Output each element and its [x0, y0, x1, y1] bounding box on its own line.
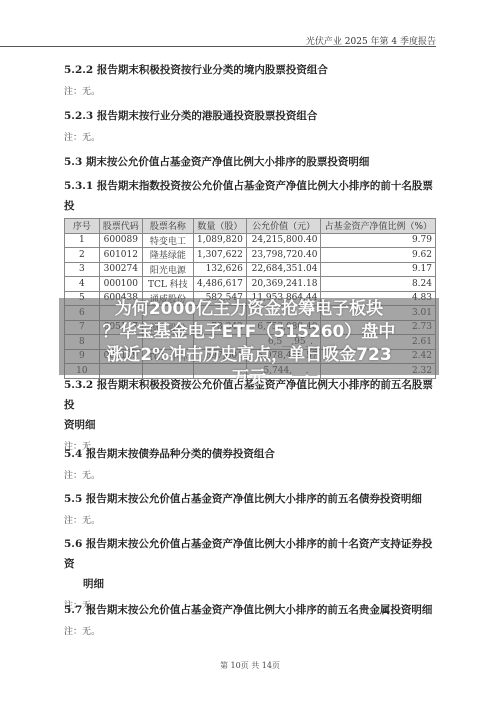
cell-name: 特变电工 — [142, 233, 193, 248]
cell-rank: 3 — [65, 262, 100, 277]
cell-code: 601012 — [99, 248, 142, 263]
headline-line-4: 万元 — [59, 367, 439, 390]
cell-nav-ratio: 9.17 — [321, 262, 436, 277]
cell-rank: 2 — [65, 248, 100, 263]
table-header-row: 序号 股票代码 股票名称 数量（股） 公允价值（元） 占基金资产净值比例（%） — [65, 219, 436, 234]
col-header-code: 股票代码 — [99, 219, 142, 234]
cell-code: 300274 — [99, 262, 142, 277]
cell-fair-value: 23,798,720.40 — [246, 248, 321, 263]
headline-line-1: 为何2000亿主力资金抢筹电子板块 — [59, 298, 439, 321]
cell-name: TCL 科技 — [142, 277, 193, 292]
page-number: 第 10页 共 14页 — [0, 660, 500, 671]
cell-nav-ratio: 8.24 — [321, 277, 436, 292]
section-5-3-heading: 5.3 期末按公允价值占基金资产净值比例大小排序的股票投资明细 — [64, 152, 369, 172]
section-5-2-2-note: 注：无。 — [64, 84, 328, 100]
cell-fair-value: 22,684,351.04 — [246, 262, 321, 277]
cell-name: 阳光电源 — [142, 262, 193, 277]
col-header-name: 股票名称 — [142, 219, 193, 234]
section-5-3-2-heading-line2: 资明细 — [64, 419, 96, 431]
cell-quantity: 132,626 — [193, 262, 246, 277]
cell-quantity: 1,089,820 — [193, 233, 246, 248]
col-header-quantity: 数量（股） — [193, 219, 246, 234]
headline-line-3: 涨近2%冲击历史高点，单日吸金723 — [59, 344, 439, 367]
section-5-6-heading: 5.6 报告期末按公允价值占基金资产净值比例大小排序的前十名资产支持证券投资 明… — [64, 534, 436, 594]
cell-nav-ratio: 9.62 — [321, 248, 436, 263]
table-row: 2 601012 隆基绿能 1,307,622 23,798,720.40 9.… — [65, 248, 436, 263]
header-divider — [0, 46, 436, 47]
headline-line-2: ？华宝基金电子ETF（515260）盘中 — [59, 321, 439, 344]
cell-quantity: 1,307,622 — [193, 248, 246, 263]
table-row: 3 300274 阳光电源 132,626 22,684,351.04 9.17 — [65, 262, 436, 277]
headline-overlay-text: 为何2000亿主力资金抢筹电子板块 ？华宝基金电子ETF（515260）盘中 涨… — [59, 298, 439, 390]
section-5-3-1-heading-line1: 5.3.1 报告期末指数投资按公允价值占基金资产净值比例大小排序的前十名股票投 — [64, 180, 433, 212]
section-5-5-heading: 5.5 报告期末按公允价值占基金资产净值比例大小排序的前五名债券投资明细 — [64, 489, 422, 509]
cell-code: 600089 — [99, 233, 142, 248]
section-5-4-heading: 5.4 报告期末按债券品种分类的债券投资组合 — [64, 444, 275, 464]
cell-rank: 4 — [65, 277, 100, 292]
table-row: 1 600089 特变电工 1,089,820 24,215,800.40 9.… — [65, 233, 436, 248]
cell-code: 000100 — [99, 277, 142, 292]
cell-fair-value: 20,369,241.18 — [246, 277, 321, 292]
cell-rank: 1 — [65, 233, 100, 248]
section-5-7-note: 注：无。 — [64, 624, 432, 640]
col-header-nav-ratio: 占基金资产净值比例（%） — [321, 219, 436, 234]
section-5-2-3-heading: 5.2.3 报告期末按行业分类的港股通投资股票投资组合 — [64, 106, 317, 126]
cell-nav-ratio: 9.79 — [321, 233, 436, 248]
section-5-6-heading-line2: 明细 — [64, 578, 104, 590]
col-header-fair-value: 公允价值（元） — [246, 219, 321, 234]
section-5-4-note: 注：无。 — [64, 468, 275, 484]
cell-quantity: 4,486,617 — [193, 277, 246, 292]
col-header-rank: 序号 — [65, 219, 100, 234]
table-row: 4 000100 TCL 科技 4,486,617 20,369,241.18 … — [65, 277, 436, 292]
section-5-7-heading: 5.7 报告期末按公允价值占基金资产净值比例大小排序的前五名贵金属投资明细 — [64, 600, 432, 620]
section-5-6-heading-line1: 5.6 报告期末按公允价值占基金资产净值比例大小排序的前十名资产支持证券投资 — [64, 538, 432, 570]
cell-fair-value: 24,215,800.40 — [246, 233, 321, 248]
cell-name: 隆基绿能 — [142, 248, 193, 263]
section-5-2-2-heading: 5.2.2 报告期末积极投资按行业分类的境内股票投资组合 — [64, 60, 328, 80]
section-5-5-note: 注：无。 — [64, 513, 422, 529]
section-5-2-3-note: 注：无。 — [64, 130, 317, 146]
